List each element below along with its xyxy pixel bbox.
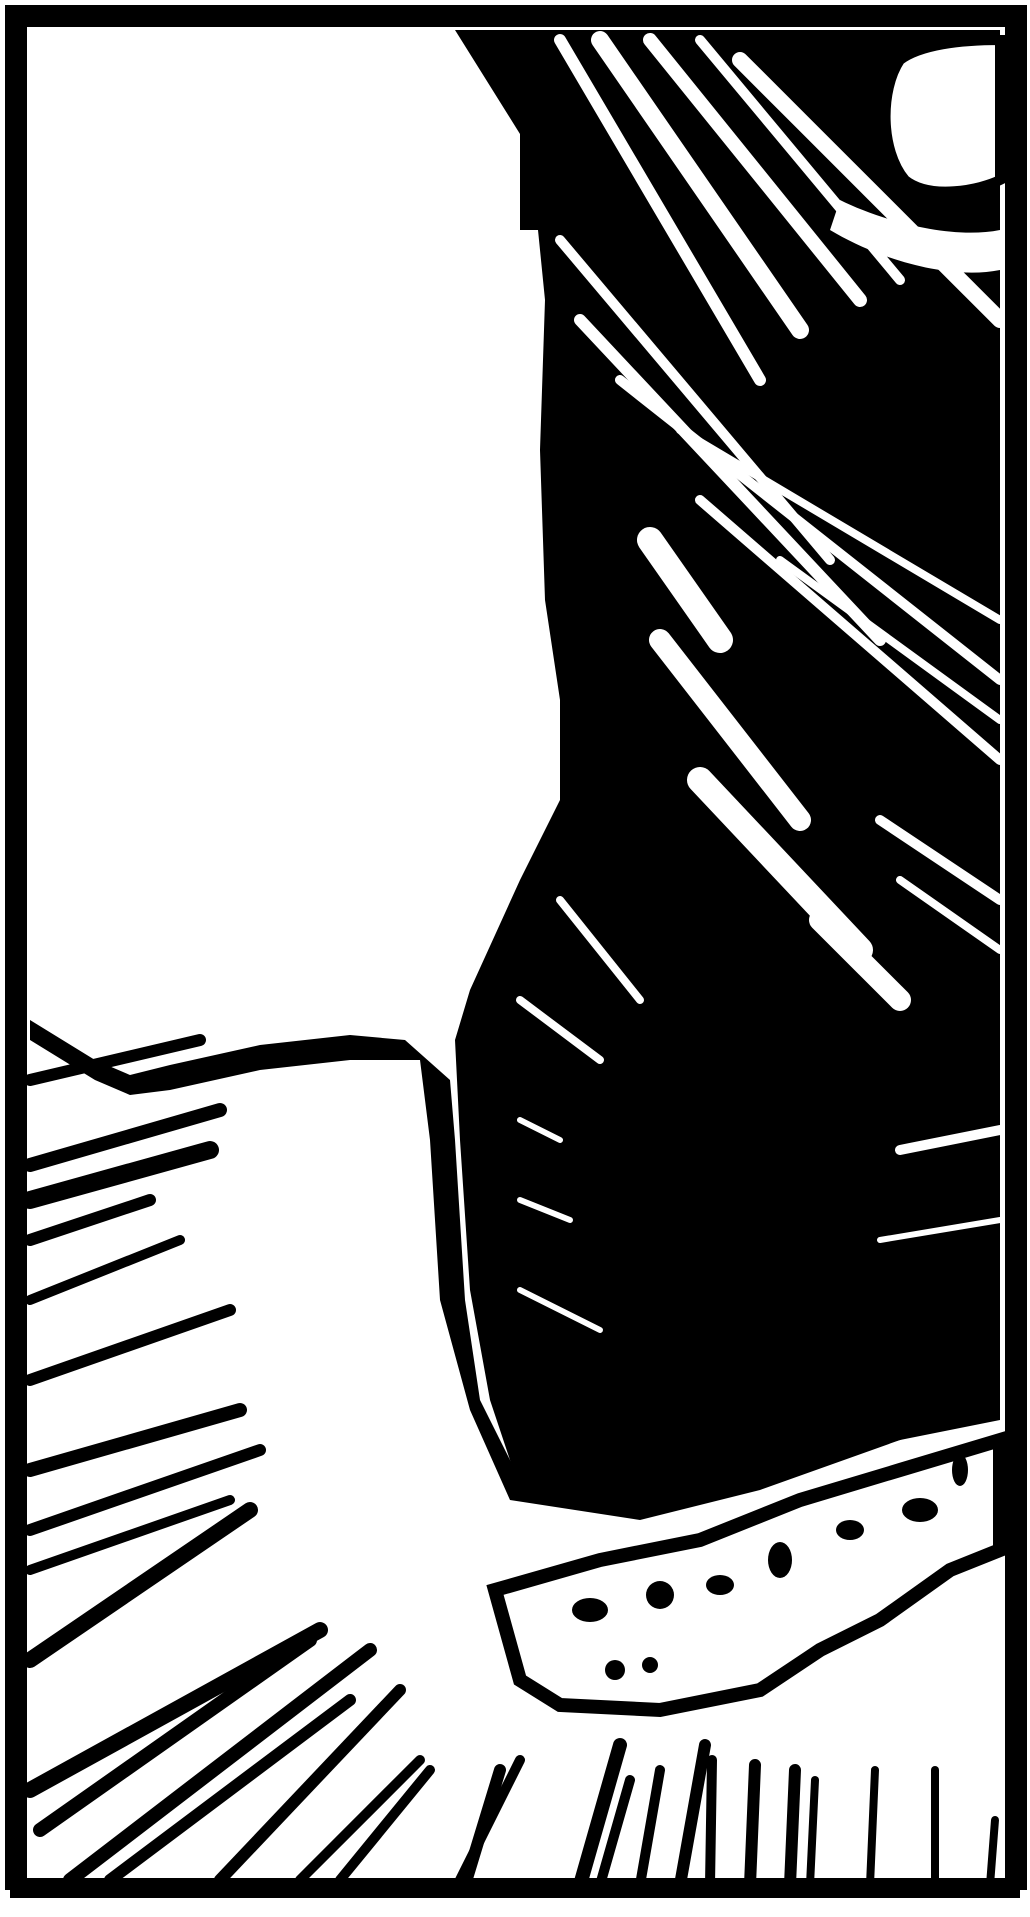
top-right-form [886,40,1000,192]
manga-panel [0,0,1030,1917]
panel-bottom-edge [10,1878,1020,1898]
